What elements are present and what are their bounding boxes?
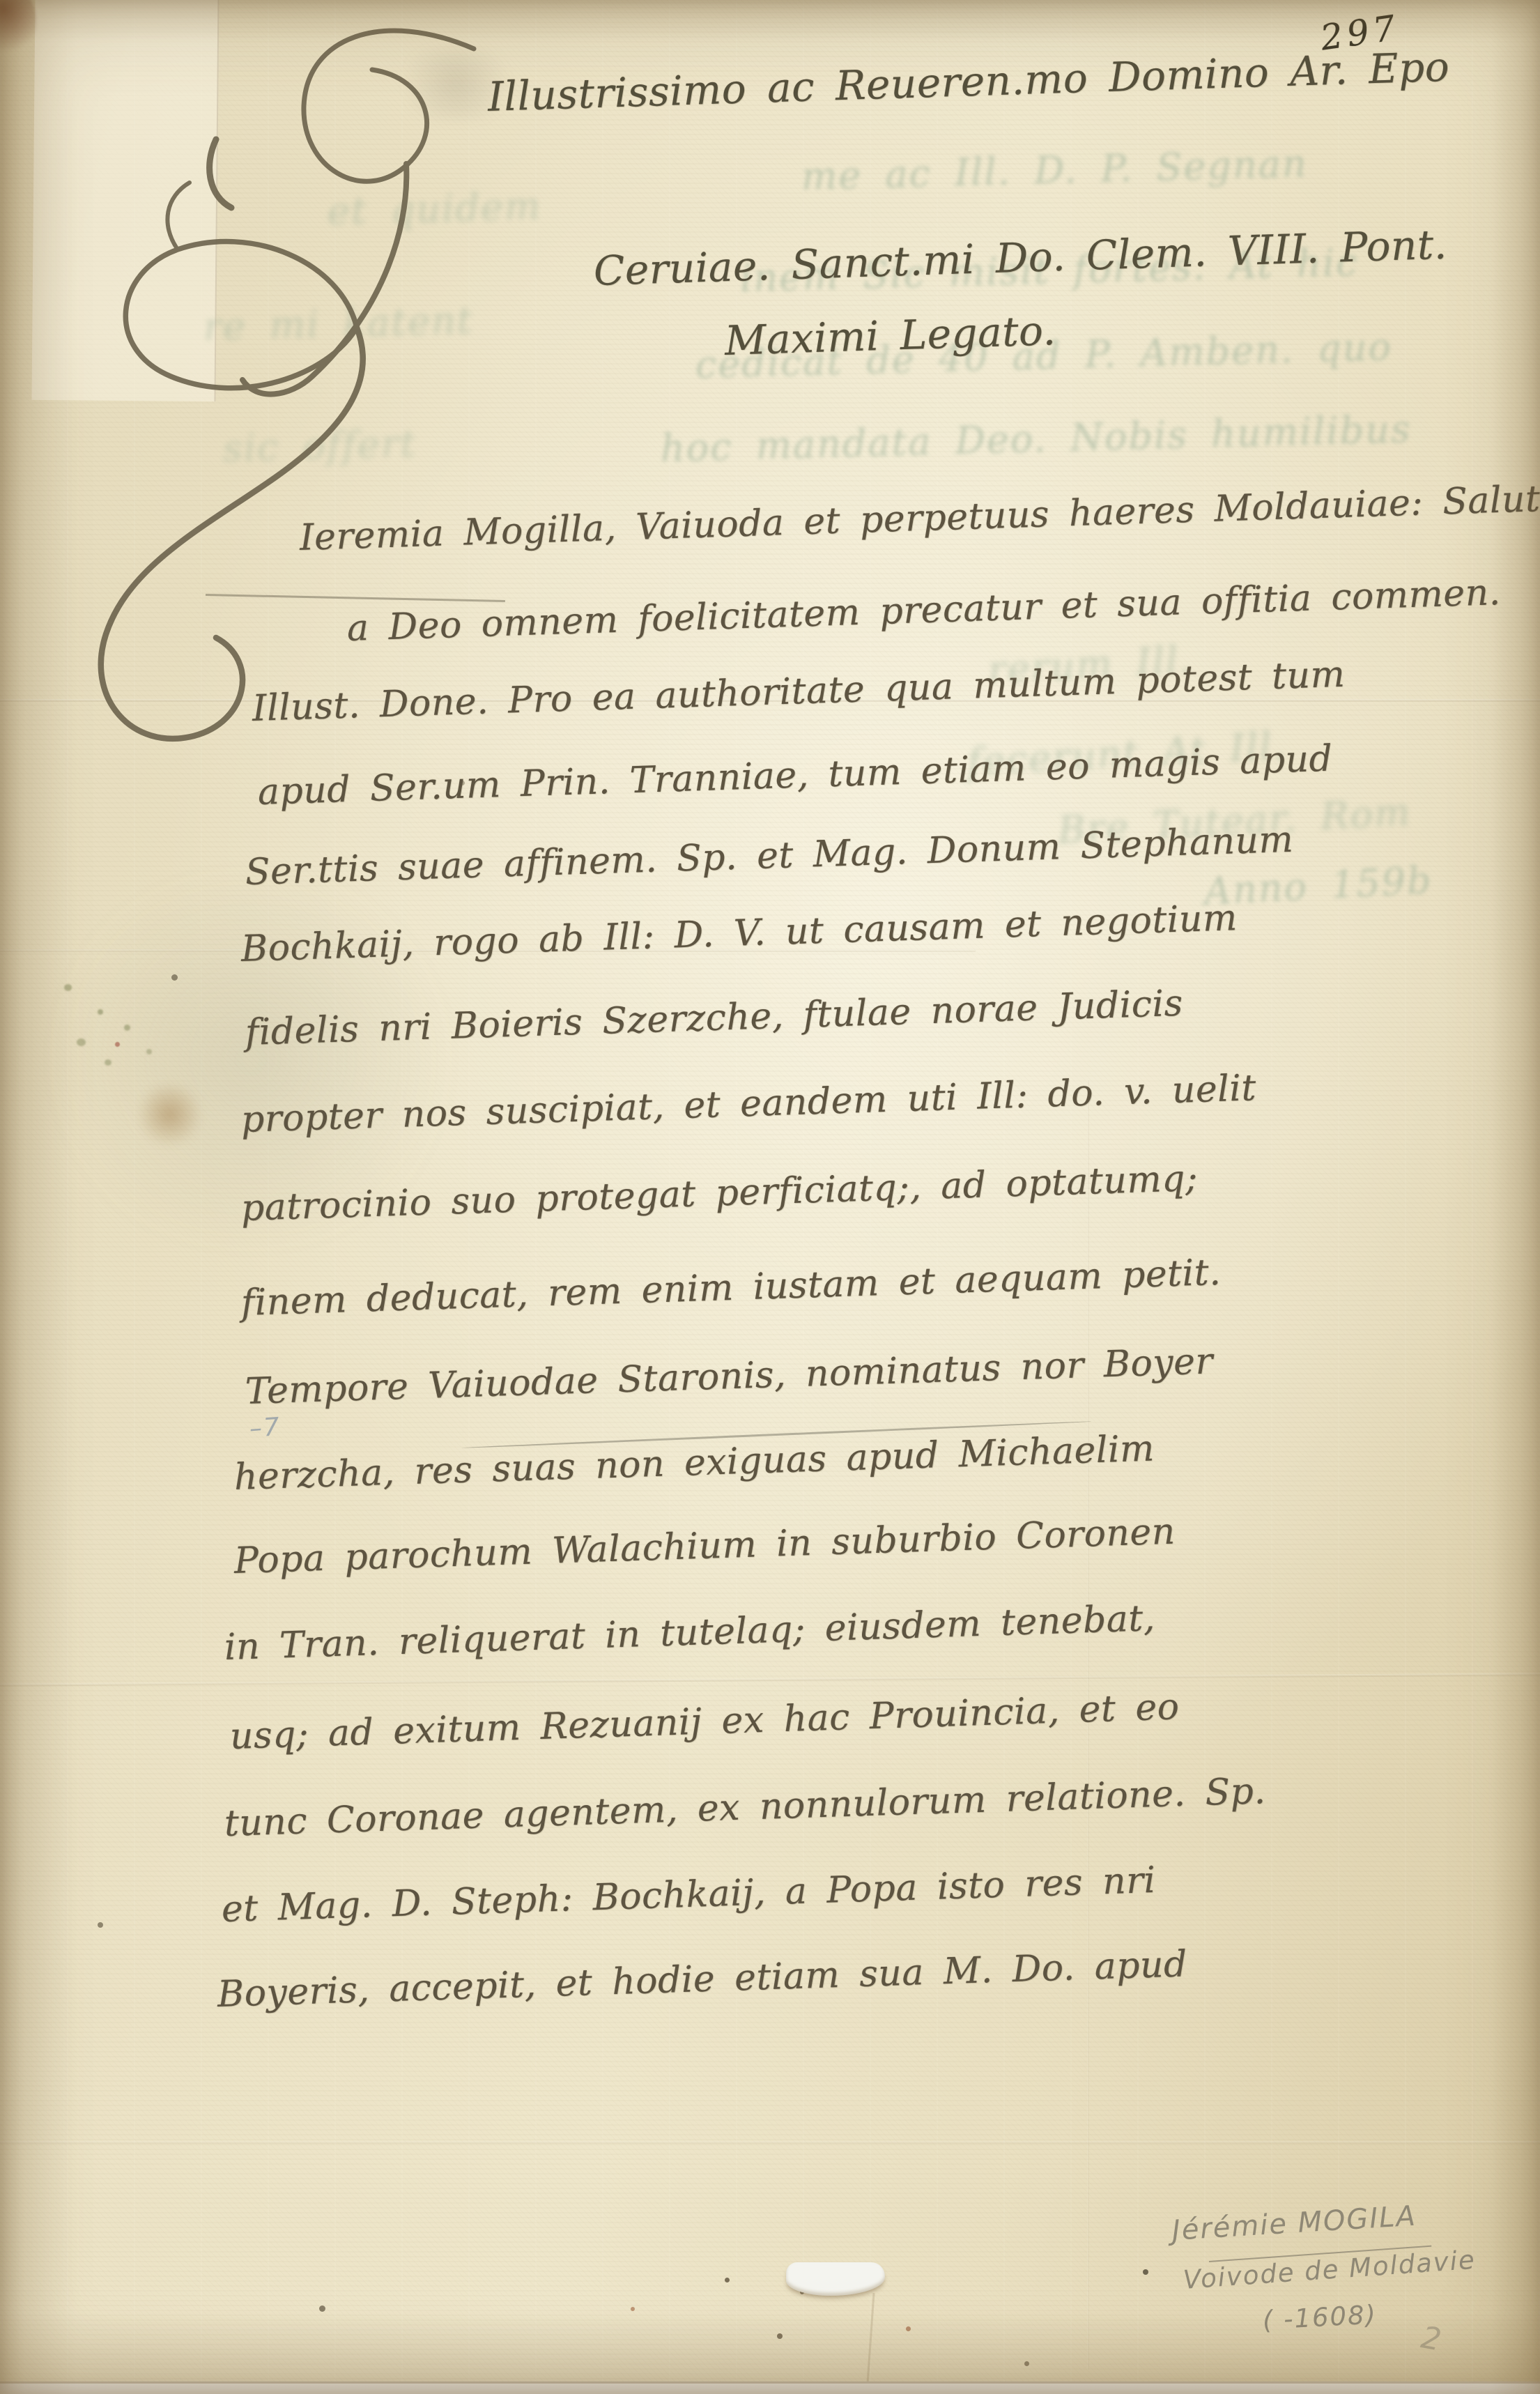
fold-crease xyxy=(0,2141,1540,2144)
speck xyxy=(98,1922,103,1928)
body-line: in Tran. reliquerat in tutelaq; eiusdem … xyxy=(224,1597,1156,1668)
speck xyxy=(725,2278,730,2282)
verso-showthrough-line: Anno 159b xyxy=(1203,858,1433,914)
manuscript-page: me ac Ill. D. P. Segnan inem Sic misit f… xyxy=(0,0,1540,2394)
body-line: fidelis nri Boieris Szerzche, ftulae nor… xyxy=(245,983,1183,1054)
speck xyxy=(1024,2361,1029,2366)
verso-showthrough-line: et quidem xyxy=(327,184,542,233)
scan-background-edge xyxy=(0,2381,1540,2394)
body-line: Boyeris, accepit, et hodie etiam sua M. … xyxy=(217,1943,1188,2016)
body-line: Ieremia Mogilla, Vaiuoda et perpetuus ha… xyxy=(299,475,1540,559)
paper-repair-patch xyxy=(31,0,219,401)
body-line: Bochkaij, rogo ab Ill: D. V. ut causam e… xyxy=(240,897,1238,970)
pencil-underline-name xyxy=(206,594,505,602)
brown-stain xyxy=(137,1084,203,1145)
scanned-document: me ac Ill. D. P. Segnan inem Sic misit f… xyxy=(0,0,1540,2394)
body-line: Popa parochum Walachium in suburbio Coro… xyxy=(233,1511,1176,1582)
verso-showthrough-line: sic offert xyxy=(222,422,417,470)
pencil-annotation-extra: 2 xyxy=(1419,2319,1445,2358)
mold-speck xyxy=(98,1009,103,1015)
body-line: propter nos suscipiat, et eandem uti Ill… xyxy=(240,1067,1257,1141)
mold-speck xyxy=(124,1025,130,1031)
speck xyxy=(319,2305,325,2312)
pencil-annotation-name: Jérémie MOGILA xyxy=(1171,2200,1417,2247)
body-line: patrocinio suo protegat perficiatq;, ad … xyxy=(240,1158,1199,1229)
speck xyxy=(631,2307,635,2311)
mold-speck xyxy=(146,1049,152,1054)
red-speck xyxy=(115,1042,120,1047)
speck xyxy=(906,2326,911,2331)
mold-speck xyxy=(105,1059,111,1066)
body-line: a Deo omnem foelicitatem precatur et sua… xyxy=(346,571,1501,650)
verso-showthrough-line: hoc mandata Deo. Nobis humilibus xyxy=(660,407,1412,470)
body-line: finem deducat, rem enim iustam et aequam… xyxy=(240,1252,1222,1324)
paper-loss-notch xyxy=(786,2262,885,2296)
body-line: Ser.ttis suae affinem. Sp. et Mag. Donum… xyxy=(245,819,1294,893)
notch-crease xyxy=(866,2293,875,2384)
body-line: Illust. Done. Pro ea authoritate qua mul… xyxy=(252,654,1346,730)
speck xyxy=(1143,2269,1148,2275)
mold-speck xyxy=(64,984,72,991)
speck xyxy=(777,2333,783,2339)
body-line: tunc Coronae agentem, ex nonnulorum rela… xyxy=(224,1770,1266,1845)
pencil-annotation-dates: ( -1608) xyxy=(1262,2299,1378,2335)
body-line: et Mag. D. Steph: Bochkaij, a Popa isto … xyxy=(221,1859,1156,1931)
fold-crease xyxy=(0,1673,1540,1686)
body-line: Tempore Vaiuodae Staronis, nominatus nor… xyxy=(245,1340,1214,1413)
ink-speck xyxy=(171,974,178,981)
verso-showthrough-line: me ac Ill. D. P. Segnan xyxy=(801,141,1308,199)
mold-speck xyxy=(77,1038,86,1046)
verso-showthrough-line: re mi katent xyxy=(203,298,474,349)
body-line: usq; ad exitum Rezuanij ex hac Prouincia… xyxy=(229,1686,1180,1758)
header-line: Illustrissimo ac Reueren.mo Domino Ar. E… xyxy=(487,43,1450,121)
margin-mark: –7 xyxy=(249,1413,282,1443)
corner-stain xyxy=(0,0,36,61)
